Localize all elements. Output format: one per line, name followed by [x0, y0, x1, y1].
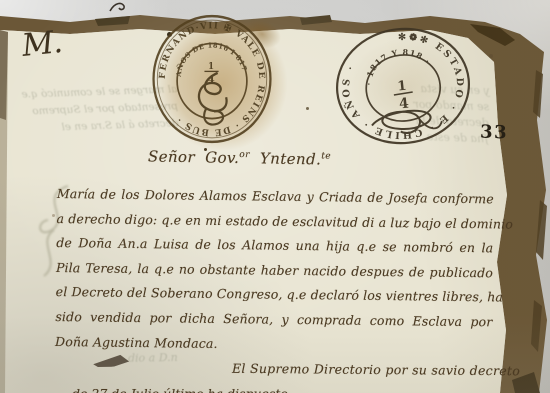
top-edge-ink-mark: [108, 0, 130, 13]
petition-body: María de los Dolores Alamos Esclava y Cr…: [55, 186, 494, 363]
left-stamp: FERNAND·VII ✠ VALE DE REINS · DE BUS · A…: [146, 8, 278, 150]
salutation-text: Yntend.: [250, 149, 322, 168]
stamp-fraction-numerator: 1: [208, 62, 214, 72]
second-paragraph-line: El Supremo Directorio por su savio decre…: [232, 361, 520, 379]
salutation-text: Señor Gov.: [148, 147, 240, 167]
manuscript-photo: al margen se le comunicó q.e presentado …: [0, 0, 550, 393]
foxing-spot: [489, 54, 493, 58]
stamp-fraction-numerator: 1: [397, 79, 408, 95]
margin-mark: M.: [20, 24, 63, 64]
ink-spot: [306, 107, 309, 110]
salutation-superscript: te: [321, 151, 331, 161]
page-number: 33: [480, 122, 509, 144]
right-stamp: ✻❁✻ ESTADO · E · CHILE · AÑOS · · 1817 Y…: [324, 17, 482, 156]
salutation-line: Señor Gov.or Yntend.te: [148, 147, 331, 168]
foxing-spot: [52, 214, 55, 217]
clipped-bottom-line: de 27 de Julio último ha dispuesto: [72, 386, 288, 393]
salutation-superscript: or: [239, 150, 250, 160]
stamp-fraction-denominator: 4: [398, 96, 410, 113]
